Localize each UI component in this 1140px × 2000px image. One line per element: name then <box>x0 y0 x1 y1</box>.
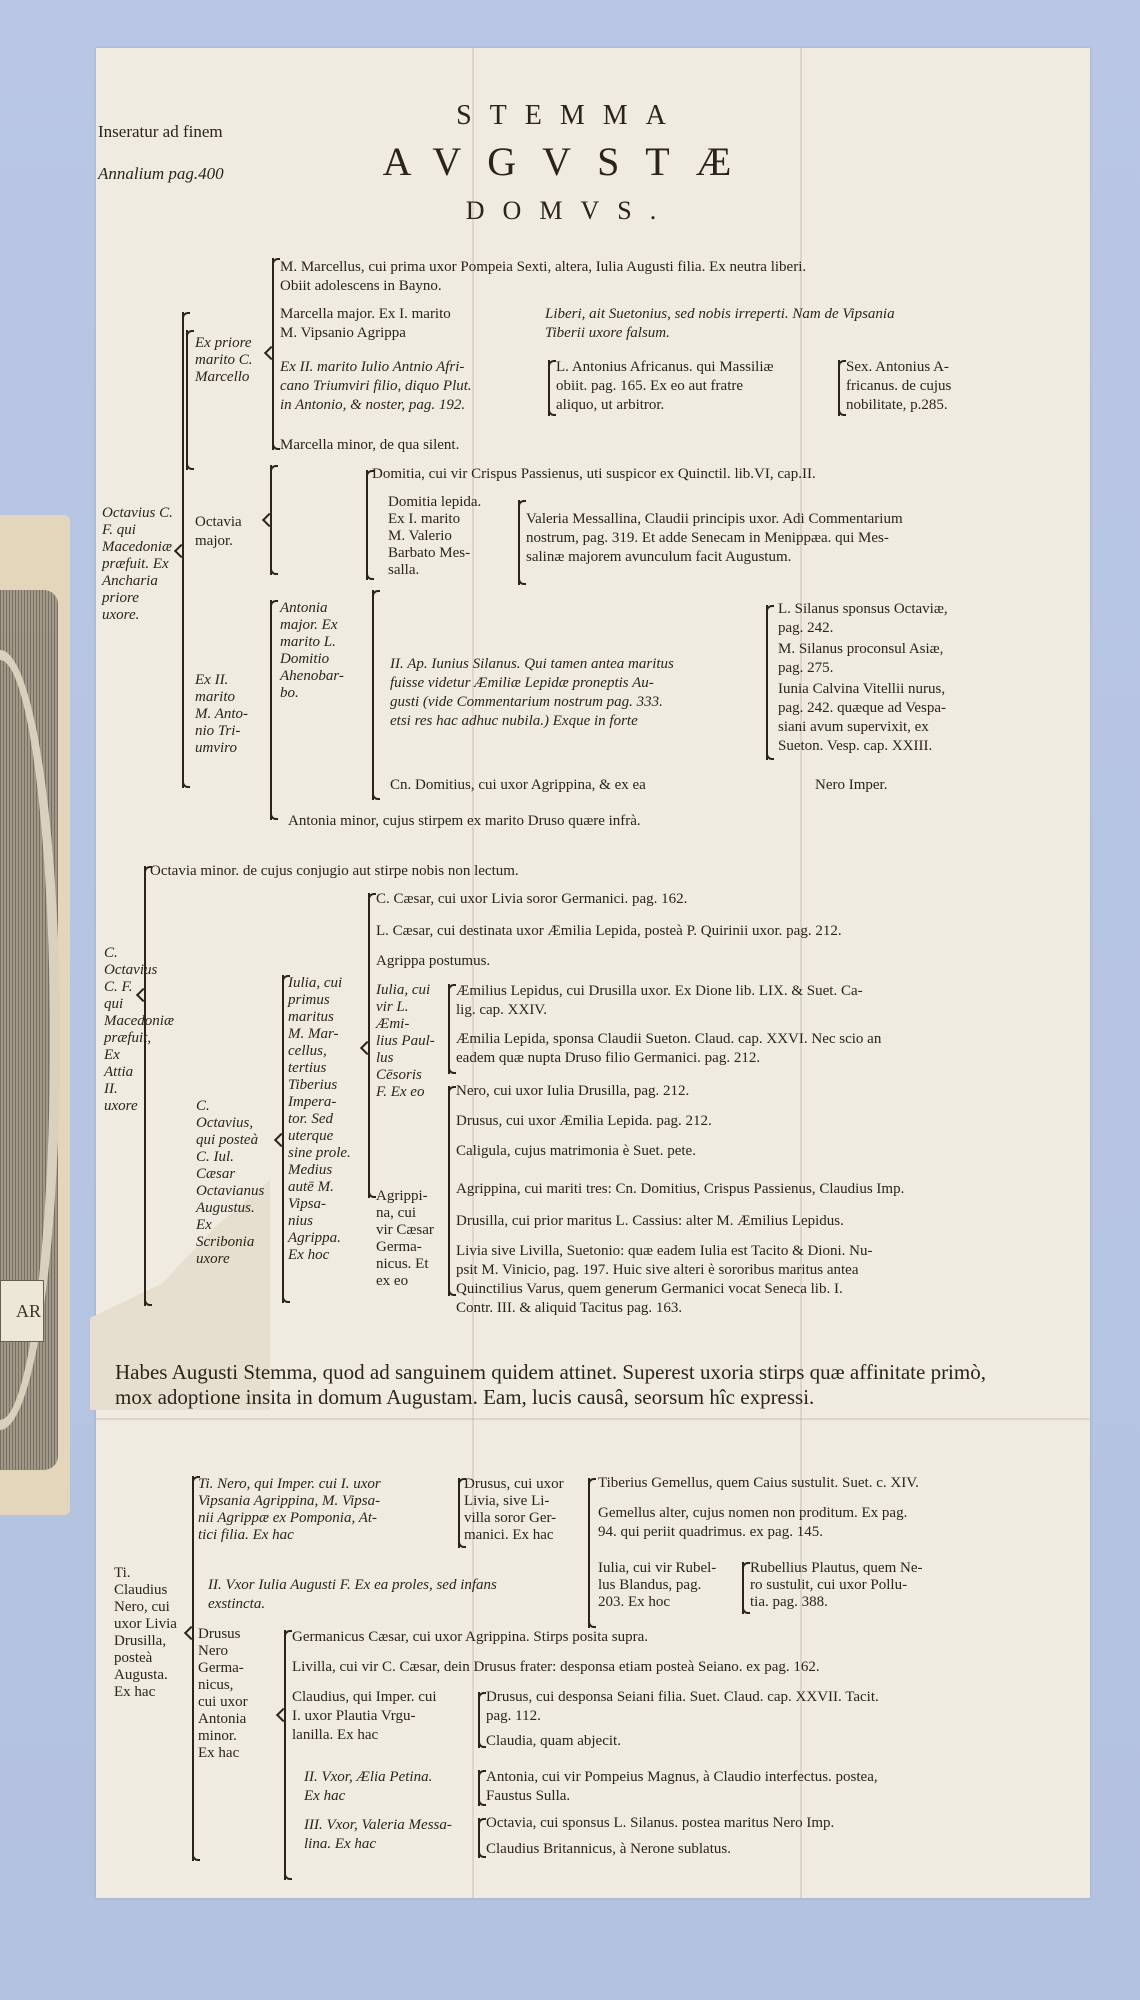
rubellius-plautus: Rubellius Plautus, quem Ne- ro sustulit,… <box>750 1560 950 1611</box>
ii-uxor-aelia-petina: II. Vxor, Ælia Petina. Ex hac <box>304 1768 484 1806</box>
brace <box>372 590 374 800</box>
brace <box>366 470 368 580</box>
domitia: Domitia, cui vir Crispus Passienus, uti … <box>372 465 1052 484</box>
l-silanus: L. Silanus sponsus Octaviæ, pag. 242. <box>778 600 1038 638</box>
caligula: Caligula, cujus matrimonia è Suet. pete. <box>456 1142 1016 1161</box>
agrippina-mother: Agrippi- na, cui vir Cæsar Germa- nicus.… <box>376 1188 442 1290</box>
iulia-minor: Iulia, cui vir L. Æmi- lius Paul- lus Cē… <box>376 982 442 1101</box>
octavia-minor: Octavia minor. de cujus conjugio aut sti… <box>150 862 770 881</box>
brace <box>284 1630 286 1880</box>
brace <box>766 605 768 760</box>
liberi-note: Liberi, ait Suetonius, sed nobis irreper… <box>545 305 1015 343</box>
l-antonius-africanus: L. Antonius Africanus. qui Massiliæ obii… <box>556 358 816 415</box>
tiberius-gemellus: Tiberius Gemellus, quem Caius sustulit. … <box>598 1474 1038 1493</box>
agrippina: Agrippina, cui mariti tres: Cn. Domitius… <box>456 1180 1036 1199</box>
agrippa-postumus: Agrippa postumus. <box>376 952 776 971</box>
title-stemma: STEMMA <box>0 100 1140 132</box>
valeria-messallina: Valeria Messallina, Claudii principis ux… <box>526 510 1026 567</box>
brace <box>588 1478 590 1628</box>
claudia: Claudia, quam abjecit. <box>486 1732 786 1751</box>
octavia: Octavia, cui sponsus L. Silanus. postea … <box>486 1814 1006 1833</box>
marcella-minor: Marcella minor, de qua silent. <box>280 436 680 455</box>
brace <box>270 465 272 575</box>
l-caesar: L. Cæsar, cui destinata uxor Æmilia Lepi… <box>376 922 1016 941</box>
brace <box>186 330 188 470</box>
octavia-major: Octavia major. <box>195 513 265 551</box>
brace <box>270 600 272 820</box>
claudius: Claudius, qui Imper. cui I. uxor Plautia… <box>292 1688 472 1745</box>
brace <box>448 1086 450 1296</box>
nero: Nero, cui uxor Iulia Drusilla, pag. 212. <box>456 1082 1016 1101</box>
ti-nero: Ti. Nero, qui Imper. cui I. uxor Vipsani… <box>198 1476 448 1544</box>
augustus: C. Octavius, qui posteà C. Iul. Cæsar Oc… <box>196 1098 266 1268</box>
brace <box>458 1478 460 1548</box>
iulia-rubellius: Iulia, cui vir Rubel- lus Blandus, pag. … <box>598 1560 738 1611</box>
m-silanus: M. Silanus proconsul Asiæ, pag. 275. <box>778 640 1038 678</box>
title-domus: DOMVS. <box>0 196 1140 226</box>
root-ti-claudius-nero: Ti. Claudius Nero, cui uxor Livia Drusil… <box>114 1565 184 1701</box>
gemellus-alter: Gemellus alter, cujus nomen non proditum… <box>598 1504 1018 1542</box>
livia-livilla: Livia sive Livilla, Suetonio: quæ eadem … <box>456 1242 1036 1318</box>
marcella-major: Marcella major. Ex I. marito M. Vipsanio… <box>280 305 540 343</box>
drusus-claudius: Drusus, cui desponsa Seiani filia. Suet.… <box>486 1688 966 1726</box>
drusilla: Drusilla, cui prior maritus L. Cassius: … <box>456 1212 1036 1231</box>
antonia-minor: Antonia minor, cujus stirpem ex marito D… <box>288 812 888 831</box>
brace <box>182 312 184 788</box>
engraving-label: AR <box>0 1280 44 1342</box>
root-c-octavius: C. Octavius C. F. qui Macedoniæ præfuit,… <box>104 945 144 1115</box>
ap-iunius-silanus: II. Ap. Iunius Silanus. Qui tamen antea … <box>390 655 760 731</box>
brace <box>448 984 450 1074</box>
brace <box>838 360 840 416</box>
brace <box>368 893 370 1198</box>
germanicus: Germanicus Cæsar, cui uxor Agrippina. St… <box>292 1628 892 1647</box>
aemilia-lepida: Æmilia Lepida, sponsa Claudii Sueton. Cl… <box>456 1030 1036 1068</box>
root-octavius: Octavius C. F. qui Macedoniæ præfuit. Ex… <box>102 505 178 624</box>
brace <box>192 1476 194 1861</box>
brace <box>144 866 146 1306</box>
ex-priore-marito: Ex priore marito C. Marcello <box>195 335 265 386</box>
ex-ii-marito-iulio: Ex II. marito Iulio Antnio Afri- cano Tr… <box>280 358 550 415</box>
drusus-nero-germanicus: Drusus Nero Germa- nicus, cui uxor Anton… <box>198 1626 268 1762</box>
brace <box>282 975 284 1303</box>
livilla: Livilla, cui vir C. Cæsar, dein Drusus f… <box>292 1658 942 1677</box>
ex-ii-marito-antonio: Ex II. marito M. Anto- nio Tri- umviro <box>195 672 265 757</box>
nero-imper: Nero Imper. <box>815 776 935 795</box>
m-marcellus: M. Marcellus, cui prima uxor Pompeia Sex… <box>280 258 1000 296</box>
drusus: Drusus, cui uxor Æmilia Lepida. pag. 212… <box>456 1112 1016 1131</box>
drusus-livia: Drusus, cui uxor Livia, sive Li- villa s… <box>464 1476 584 1544</box>
claudius-britannicus: Claudius Britannicus, à Nerone sublatus. <box>486 1840 1006 1859</box>
summary-paragraph: Habes Augusti Stemma, quod ad sanguinem … <box>115 1360 1015 1410</box>
iulia-mother: Iulia, cui primus maritus M. Mar- cellus… <box>288 975 368 1264</box>
brace <box>548 360 550 416</box>
brace <box>478 1818 480 1858</box>
fold-line-horizontal <box>96 1418 1090 1420</box>
antonia-pompeius: Antonia, cui vir Pompeius Magnus, à Clau… <box>486 1768 1006 1806</box>
antonia-major: Antonia major. Ex marito L. Domitio Ahen… <box>280 600 370 702</box>
aemilius-lepidus: Æmilius Lepidus, cui Drusilla uxor. Ex D… <box>456 982 1036 1020</box>
title-augustae: AVGVSTÆ <box>0 138 1140 185</box>
cn-domitius: Cn. Domitius, cui uxor Agrippina, & ex e… <box>390 776 770 795</box>
ii-uxor-iulia: II. Vxor Iulia Augusti F. Ex ea proles, … <box>208 1576 588 1614</box>
brace <box>518 500 520 585</box>
frontispiece-engraving: AR <box>0 590 58 1470</box>
brace <box>742 1562 744 1614</box>
iunia-calvina: Iunia Calvina Vitellii nurus, pag. 242. … <box>778 680 1048 756</box>
brace <box>478 1692 480 1748</box>
sex-antonius-africanus: Sex. Antonius A- fricanus. de cujus nobi… <box>846 358 1006 415</box>
domitia-lepida: Domitia lepida. Ex I. marito M. Valerio … <box>388 494 518 579</box>
iii-uxor-valeria: III. Vxor, Valeria Messa- lina. Ex hac <box>304 1816 484 1854</box>
brace <box>272 258 274 450</box>
brace <box>478 1770 480 1806</box>
c-caesar: C. Cæsar, cui uxor Livia soror Germanici… <box>376 890 996 909</box>
